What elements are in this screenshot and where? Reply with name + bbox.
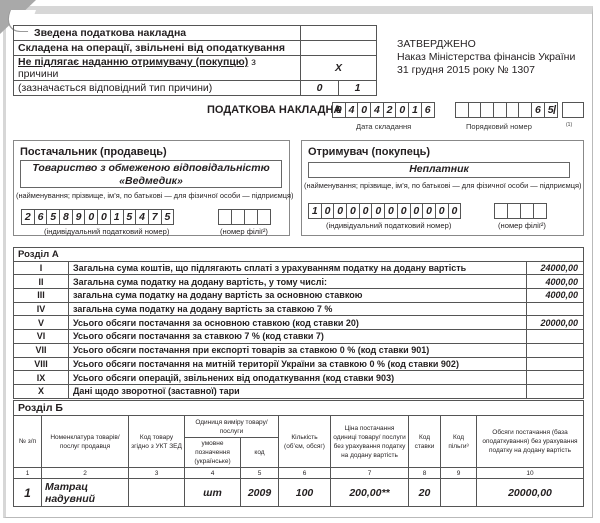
invoice-date: 0 4 0 4 2 0 1 6 <box>333 102 435 118</box>
ipn-digit: 0 <box>384 203 398 219</box>
row-amount <box>527 302 584 316</box>
seller-block: Постачальник (продавець) Товариство з об… <box>13 140 290 236</box>
number-digit <box>455 102 469 118</box>
invoice-number: 6 5 <box>456 102 558 118</box>
ipn-digit: 4 <box>135 209 149 225</box>
seller-ipn: 2 6 5 8 9 0 0 1 5 4 7 5 <box>22 209 174 225</box>
row-number: I <box>14 261 69 275</box>
item-number: 1 <box>14 479 42 507</box>
section-a-table: Розділ А IЗагальна сума коштів, що підля… <box>13 247 584 399</box>
col-header-supply-volume: Обсяги постачання (база оподаткування) б… <box>477 416 584 468</box>
row-amount <box>527 357 584 371</box>
row-description: Загальна сума коштів, що підлягають спла… <box>69 261 527 275</box>
seller-branch-caption: (номер філії²) <box>220 227 268 236</box>
col-header-benefit-code: Код пільги³ <box>441 416 477 468</box>
number-slash: / <box>553 103 556 117</box>
not-for-recipient-label: Не підлягає наданню отримувачу (покупцю)… <box>14 56 301 81</box>
number-digit <box>506 102 520 118</box>
ipn-digit: 1 <box>308 203 322 219</box>
item-quantity: 100 <box>279 479 331 507</box>
row-number: IX <box>14 371 69 385</box>
date-caption: Дата складання <box>356 122 411 131</box>
column-number: 10 <box>477 468 584 479</box>
seller-ipn-caption: (індивідуальний податковий номер) <box>44 227 169 236</box>
not-for-recipient-value: X <box>301 56 377 81</box>
table-row: 1 Матрацнадувний шт 2009 100 200,00** 20… <box>14 479 584 507</box>
branch-digit <box>507 203 521 219</box>
ipn-digit: 0 <box>321 203 335 219</box>
approved-line-1: ЗАТВЕРДЖЕНО <box>397 38 575 51</box>
exempt-operations-value <box>301 41 377 56</box>
ipn-digit: 5 <box>123 209 137 225</box>
buyer-title: Отримувач (покупець) <box>308 146 430 158</box>
ipn-digit: 7 <box>148 209 162 225</box>
seller-title: Постачальник (продавець) <box>20 146 167 158</box>
ipn-digit: 0 <box>448 203 462 219</box>
branch-digit <box>218 209 232 225</box>
column-number: 6 <box>279 468 331 479</box>
ipn-digit: 0 <box>97 209 111 225</box>
col-header-nomenclature: Номенклатура товарів/ послуг продавця <box>42 416 129 468</box>
footnote-mark: (1) <box>566 122 572 128</box>
ipn-digit: 2 <box>21 209 35 225</box>
section-a-row: IXУсього обсяги операцій, звільнених від… <box>14 371 584 385</box>
row-number: II <box>14 275 69 289</box>
col-header-quantity: Кількість (об’єм, обсяг) <box>279 416 331 468</box>
row-description: Усього обсяги постачання за ставкою 7 % … <box>69 330 527 344</box>
date-digit: 2 <box>383 102 397 118</box>
row-number: V <box>14 316 69 330</box>
date-digit: 0 <box>357 102 371 118</box>
reason-type-digit-1: 0 <box>301 81 339 96</box>
item-name-line-2: надувний <box>45 493 126 505</box>
col-header-number: № з/п <box>14 416 42 468</box>
number-digit <box>493 102 507 118</box>
ipn-digit: 1 <box>110 209 124 225</box>
ipn-digit: 5 <box>46 209 60 225</box>
reason-type-digit-2: 1 <box>339 81 377 96</box>
number-digit <box>480 102 494 118</box>
row-amount: 4000,00 <box>527 289 584 303</box>
date-digit: 1 <box>408 102 422 118</box>
column-number: 5 <box>241 468 279 479</box>
row-description: Усього обсяги постачання при експорті то… <box>69 343 527 357</box>
buyer-ipn: 1 0 0 0 0 0 0 0 0 0 0 0 <box>309 203 461 219</box>
number-digit <box>468 102 482 118</box>
col-header-product-code: Код товару згідно з УКТ ЗЕД <box>129 416 185 468</box>
row-amount <box>527 330 584 344</box>
column-number: 9 <box>441 468 477 479</box>
section-a-row: XДані щодо зворотної (заставної) тари <box>14 384 584 398</box>
row-description: Усього обсяги постачання за основною ста… <box>69 316 527 330</box>
ipn-digit: 0 <box>410 203 424 219</box>
ipn-digit: 0 <box>333 203 347 219</box>
date-digit: 0 <box>395 102 409 118</box>
column-number: 1 <box>14 468 42 479</box>
section-a-row: VIIУсього обсяги постачання при експорті… <box>14 343 584 357</box>
ipn-digit: 0 <box>397 203 411 219</box>
item-product-code <box>129 479 185 507</box>
seller-name-line-1: Товариство з обмеженою відповідальністю <box>21 162 281 175</box>
ipn-digit: 6 <box>34 209 48 225</box>
buyer-name: Неплатник <box>308 162 570 178</box>
row-number: VII <box>14 343 69 357</box>
column-number: 8 <box>409 468 441 479</box>
row-description: Усього обсяги постачання на митній терит… <box>69 357 527 371</box>
item-name: Матрацнадувний <box>42 479 129 507</box>
number-extension-box <box>562 102 584 118</box>
item-unit: шт <box>185 479 241 507</box>
number-caption: Порядковий номер <box>466 122 532 131</box>
item-benefit-code <box>441 479 477 507</box>
item-rate-code: 20 <box>409 479 441 507</box>
section-a-row: VIIIУсього обсяги постачання на митній т… <box>14 357 584 371</box>
row-number: IV <box>14 302 69 316</box>
section-a-row: IIIзагальна сума податку на додану варті… <box>14 289 584 303</box>
col-header-unit-code: код <box>241 438 279 468</box>
consolidated-invoice-label: Зведена податкова накладна <box>14 26 301 41</box>
branch-digit <box>533 203 547 219</box>
row-number: VIII <box>14 357 69 371</box>
row-amount: 4000,00 <box>527 275 584 289</box>
item-unit-code: 2009 <box>241 479 279 507</box>
not-for-recipient-underlined: Не підлягає наданню отримувачу (покупцю) <box>18 56 248 68</box>
column-number: 2 <box>42 468 129 479</box>
invoice-title: ПОДАТКОВА НАКЛАДНА <box>207 104 341 116</box>
item-total: 20000,00 <box>477 479 584 507</box>
col-header-rate-code: Код ставки <box>409 416 441 468</box>
branch-digit <box>244 209 258 225</box>
ipn-digit: 0 <box>359 203 373 219</box>
section-a-title: Розділ А <box>14 248 584 262</box>
item-price: 200,00** <box>331 479 409 507</box>
item-name-line-1: Матрац <box>45 481 126 493</box>
approval-stamp: ЗАТВЕРДЖЕНО Наказ Міністерства фінансів … <box>397 38 575 77</box>
number-digit: 6 <box>531 102 545 118</box>
branch-digit <box>231 209 245 225</box>
section-b-table: № з/п Номенклатура товарів/ послуг прода… <box>13 415 584 507</box>
buyer-name-caption: (найменування; прізвище, ім’я, по батько… <box>304 181 581 190</box>
ipn-digit: 9 <box>72 209 86 225</box>
approved-line-2: Наказ Міністерства фінансів України <box>397 51 575 64</box>
ipn-digit: 8 <box>59 209 73 225</box>
ipn-digit: 0 <box>422 203 436 219</box>
row-amount: 24000,00 <box>527 261 584 275</box>
branch-digit <box>520 203 534 219</box>
row-amount <box>527 371 584 385</box>
date-digit: 4 <box>345 102 359 118</box>
column-number: 4 <box>185 468 241 479</box>
ipn-digit: 0 <box>371 203 385 219</box>
consolidated-invoice-value <box>301 26 377 41</box>
date-digit: 4 <box>370 102 384 118</box>
seller-branch <box>219 209 271 225</box>
ipn-digit: 0 <box>346 203 360 219</box>
reason-type-label: (зазначається відповідний тип причини) <box>14 81 301 96</box>
row-number: X <box>14 384 69 398</box>
row-number: VI <box>14 330 69 344</box>
exempt-operations-label: Складена на операції, звільнені від опод… <box>14 41 301 56</box>
row-description: загальна сума податку на додану вартість… <box>69 302 527 316</box>
col-header-unit: Одиниця виміру товару/ послуги <box>185 416 279 438</box>
section-a-row: VУсього обсяги постачання за основною ст… <box>14 316 584 330</box>
row-amount <box>527 384 584 398</box>
section-a-row: IIЗагальна сума податку на додану вартіс… <box>14 275 584 289</box>
row-description: Загальна сума податку на додану вартість… <box>69 275 527 289</box>
seller-name-line-2: «Ведмедик» <box>21 175 281 188</box>
column-number: 7 <box>331 468 409 479</box>
row-amount <box>527 343 584 357</box>
seller-name-caption: (найменування; прізвище, ім’я, по батько… <box>16 191 293 200</box>
row-amount: 20000,00 <box>527 316 584 330</box>
ipn-digit: 5 <box>161 209 175 225</box>
branch-digit <box>257 209 271 225</box>
row-description: Дані щодо зворотної (заставної) тари <box>69 384 527 398</box>
seller-name: Товариство з обмеженою відповідальністю … <box>20 160 282 188</box>
row-description: Усього обсяги операцій, звільнених від о… <box>69 371 527 385</box>
section-a-row: IЗагальна сума коштів, що підлягають спл… <box>14 261 584 275</box>
ipn-digit: 0 <box>84 209 98 225</box>
branch-digit <box>494 203 508 219</box>
col-header-unit-name: умовне позначення (українське) <box>185 438 241 468</box>
buyer-block: Отримувач (покупець) Неплатник (найменув… <box>301 140 584 236</box>
row-number: III <box>14 289 69 303</box>
invoice-type-table: Зведена податкова накладна Складена на о… <box>13 25 377 96</box>
section-a-row: VIУсього обсяги постачання за ставкою 7 … <box>14 330 584 344</box>
section-b-title: Розділ Б <box>13 400 584 415</box>
section-a-row: IVзагальна сума податку на додану вартіс… <box>14 302 584 316</box>
column-number: 3 <box>129 468 185 479</box>
buyer-branch <box>495 203 547 219</box>
approved-line-3: 31 грудня 2015 року № 1307 <box>397 64 575 77</box>
col-header-price: Ціна постачання одиниці товару/ послуги … <box>331 416 409 468</box>
ipn-digit: 0 <box>435 203 449 219</box>
buyer-ipn-caption: (індивідуальний податковий номер) <box>326 221 451 230</box>
number-digit <box>518 102 532 118</box>
buyer-branch-caption: (номер філії²) <box>498 221 546 230</box>
row-description: загальна сума податку на додану вартість… <box>69 289 527 303</box>
date-digit: 6 <box>421 102 435 118</box>
date-digit: 0 <box>332 102 346 118</box>
